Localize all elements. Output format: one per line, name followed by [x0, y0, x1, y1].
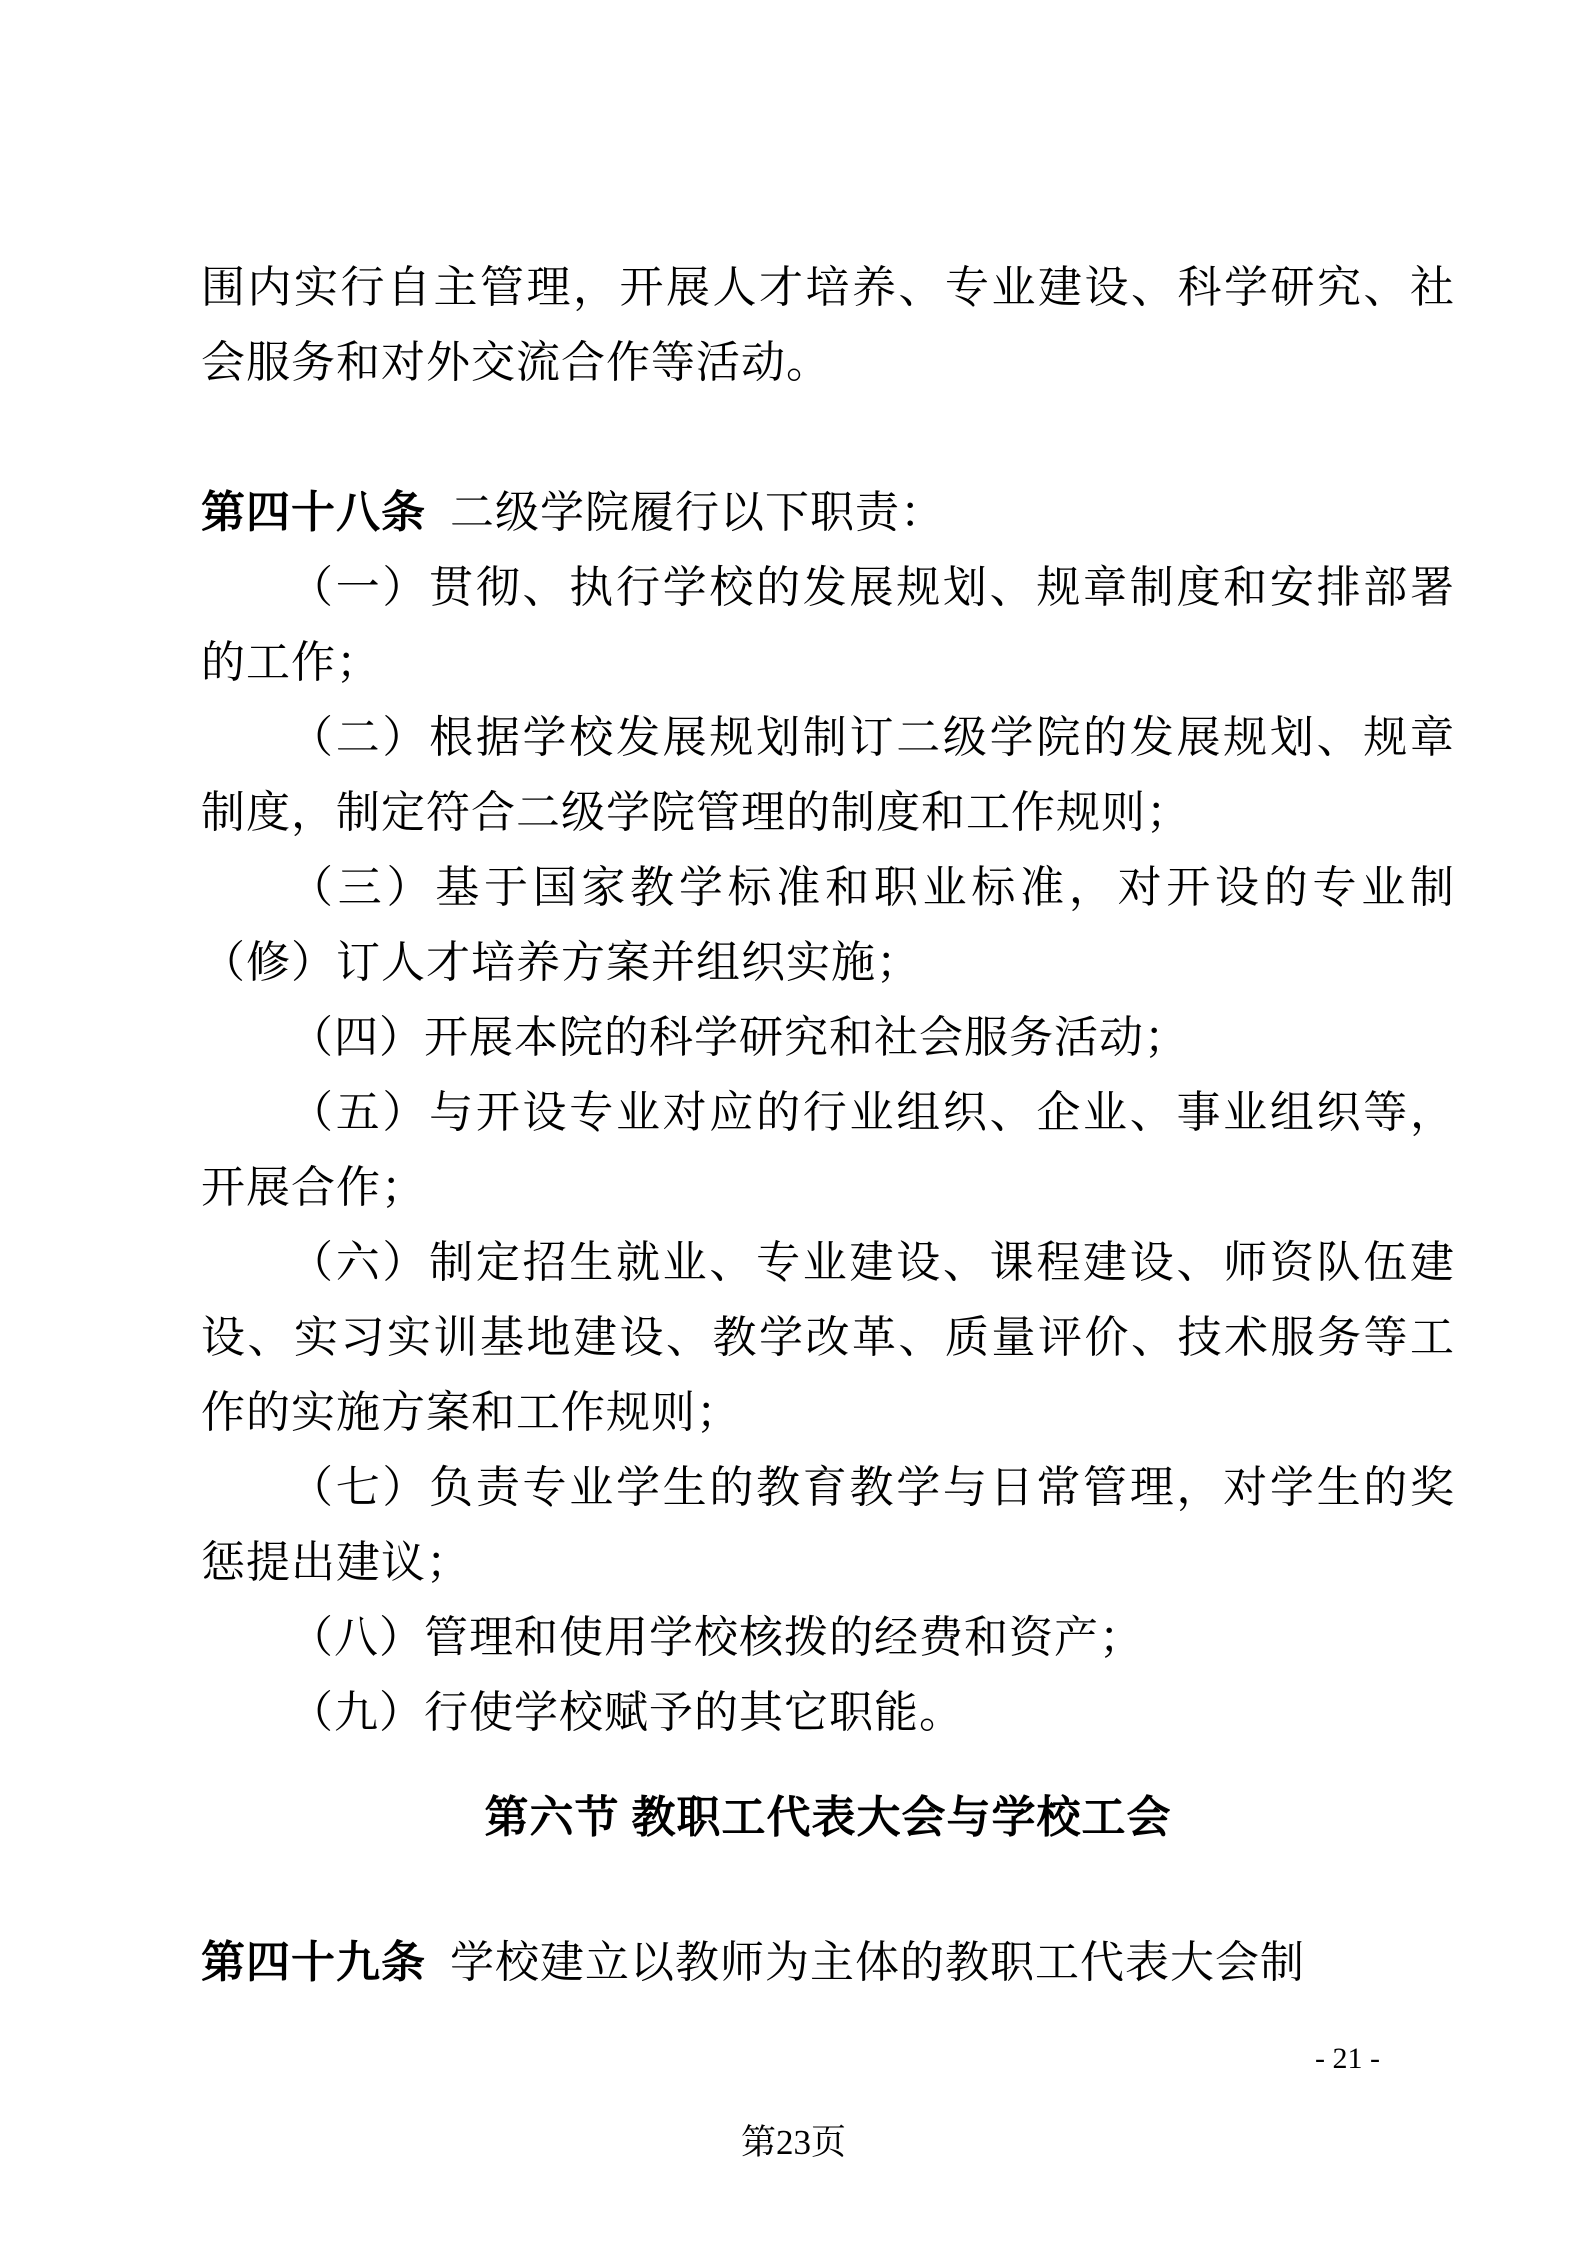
article-49-opening: 第四十九条学校建立以教师为主体的教职工代表大会制: [201, 1925, 1455, 2000]
article-item: （二）根据学校发展规划制订二级学院的发展规划、规章制度，制定符合二级学院管理的制…: [201, 700, 1455, 850]
footer-page-label: 第23页: [0, 2122, 1587, 2164]
article-item: （四）开展本院的科学研究和社会服务活动；: [201, 1000, 1455, 1075]
document-page: 围内实行自主管理，开展人才培养、专业建设、科学研究、社会服务和对外交流合作等活动…: [0, 0, 1587, 2245]
article-item: （七）负责专业学生的教育教学与日常管理，对学生的奖惩提出建议；: [201, 1450, 1455, 1600]
paragraph-continued: 围内实行自主管理，开展人才培养、专业建设、科学研究、社会服务和对外交流合作等活动…: [201, 250, 1455, 400]
article-49-text: 学校建立以教师为主体的教职工代表大会制: [450, 1938, 1305, 1987]
article-item: （一）贯彻、执行学校的发展规划、规章制度和安排部署的工作；: [201, 550, 1455, 700]
article-48-heading: 第四十八条二级学院履行以下职责：: [201, 475, 1455, 550]
inner-page-number: - 21 -: [0, 2042, 1380, 2076]
document-body: 围内实行自主管理，开展人才培养、专业建设、科学研究、社会服务和对外交流合作等活动…: [201, 250, 1455, 2000]
section-heading: 第六节 教职工代表大会与学校工会: [201, 1780, 1455, 1855]
article-49-number: 第四十九条: [201, 1938, 426, 1987]
article-item: （五）与开设专业对应的行业组织、企业、事业组织等，开展合作；: [201, 1075, 1455, 1225]
article-item: （六）制定招生就业、专业建设、课程建设、师资队伍建设、实习实训基地建设、教学改革…: [201, 1225, 1455, 1450]
article-48-intro: 二级学院履行以下职责：: [450, 488, 945, 537]
article-item: （三）基于国家教学标准和职业标准，对开设的专业制（修）订人才培养方案并组织实施；: [201, 850, 1455, 1000]
article-48-number: 第四十八条: [201, 488, 426, 537]
article-item: （九）行使学校赋予的其它职能。: [201, 1675, 1455, 1750]
article-item: （八）管理和使用学校核拨的经费和资产；: [201, 1600, 1455, 1675]
